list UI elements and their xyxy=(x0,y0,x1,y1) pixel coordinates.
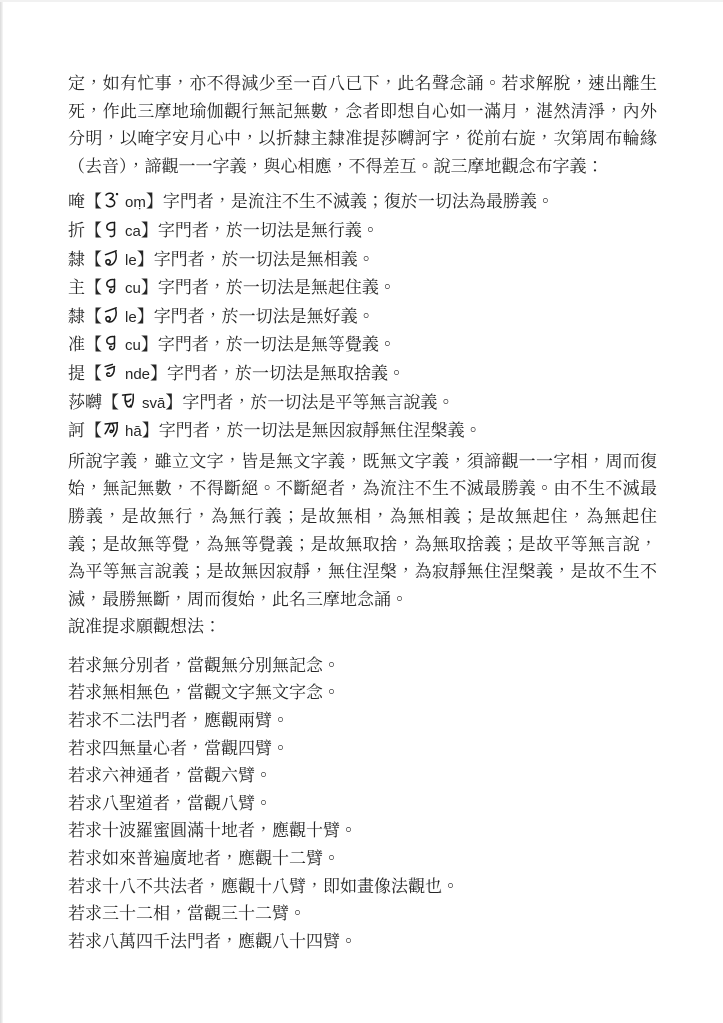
mantra-char: 隸 xyxy=(68,250,85,269)
bracket-open: 【 xyxy=(85,364,102,383)
siddham-cu-icon xyxy=(103,331,120,359)
siddham-le-icon xyxy=(103,246,120,274)
bracket-open: 【 xyxy=(102,393,119,412)
list-item: 若求十八不共法者，應觀十八臂，即如畫像法觀也。 xyxy=(68,873,657,901)
body-text: 定，如有忙事，亦不得減少至一百八已下，此名聲念誦。若求解脫，速出離生 死，作此三… xyxy=(68,70,657,955)
siddham-sva-icon xyxy=(120,389,137,417)
bracket-open: 【 xyxy=(85,421,102,440)
mantra-roman: svā xyxy=(142,395,165,412)
mantra-char: 莎嚩 xyxy=(68,393,102,412)
bracket-open: 【 xyxy=(85,335,102,354)
list-item: 若求八萬四千法門者，應觀八十四臂。 xyxy=(68,928,657,956)
mantra-meaning: 字門者，於一切法是無等覺義。 xyxy=(158,335,396,354)
mantra-meaning: 字門者，於一切法是無好義。 xyxy=(154,307,375,326)
mantra-char: 准 xyxy=(68,335,85,354)
mantra-roman: cu xyxy=(125,337,141,354)
bracket-close: 】 xyxy=(150,364,167,383)
bracket-close: 】 xyxy=(142,421,159,440)
text-line: 滅，最勝無斷，周而復始，此名三摩地念誦。 xyxy=(68,586,657,614)
mantra-meaning: 字門者，於一切法是平等無言說義。 xyxy=(182,393,454,412)
mantra-line-om: 唵【oṃ】字門者，是流注不生不滅義；復於一切法為最勝義。 xyxy=(68,188,657,217)
siddham-ha-icon xyxy=(103,417,120,445)
bracket-close: 】 xyxy=(141,278,158,297)
paragraph-intro: 定，如有忙事，亦不得減少至一百八已下，此名聲念誦。若求解脫，速出離生 死，作此三… xyxy=(68,70,657,180)
mantra-roman: hā xyxy=(125,423,142,440)
section-heading: 說准提求願觀想法： xyxy=(68,613,657,641)
page-edge-shadow xyxy=(0,0,3,1023)
mantra-line-ca: 折【ca】字門者，於一切法是無行義。 xyxy=(68,217,657,246)
text-line: 勝義，是故無行，為無行義；是故無相，為無相義；是故無起住，為無起住 xyxy=(68,503,657,531)
text-line: （去音），諦觀一一字義，與心相應，不得差互。說三摩地觀念布字義： xyxy=(68,153,657,181)
text-line: 分明，以唵字安月心中，以折隸主隸准提莎嚩訶字，從前右旋，次第周布輪緣 xyxy=(68,125,657,153)
siddham-om-icon xyxy=(103,188,120,216)
text-line: 為平等無言說義；是故無因寂靜，無住涅槃，為寂靜無住涅槃義，是故不生不 xyxy=(68,558,657,586)
bracket-close: 】 xyxy=(146,192,163,211)
visualization-list: 若求無分別者，當觀無分別無記念。 若求無相無色，當觀文字無文字念。 若求不二法門… xyxy=(68,652,657,956)
mantra-char: 訶 xyxy=(68,421,85,440)
page-top-edge xyxy=(0,0,723,2)
list-item: 若求八聖道者，當觀八臂。 xyxy=(68,790,657,818)
siddham-ca-icon xyxy=(103,217,120,245)
bracket-open: 【 xyxy=(85,307,102,326)
mantra-char: 唵 xyxy=(68,192,85,211)
mantra-char: 折 xyxy=(68,221,85,240)
list-item: 若求不二法門者，應觀兩臂。 xyxy=(68,707,657,735)
paragraph-explanation: 所說字義，雖立文字，皆是無文字義，既無文字義，須諦觀一一字相，周而復 始，無記無… xyxy=(68,448,657,614)
list-item: 若求三十二相，當觀三十二臂。 xyxy=(68,900,657,928)
mantra-meaning: 字門者，於一切法是無相義。 xyxy=(154,250,375,269)
mantra-line-le: 隸【le】字門者，於一切法是無相義。 xyxy=(68,246,657,275)
heading-text: 說准提求願觀想法： xyxy=(68,613,657,641)
mantra-char: 提 xyxy=(68,364,85,383)
text-line: 所說字義，雖立文字，皆是無文字義，既無文字義，須諦觀一一字相，周而復 xyxy=(68,448,657,476)
siddham-le-icon xyxy=(103,303,120,331)
text-line: 死，作此三摩地瑜伽觀行無記無數，念者即想自心如一滿月，湛然清淨，內外 xyxy=(68,98,657,126)
list-item: 若求無相無色，當觀文字無文字念。 xyxy=(68,679,657,707)
document-page: 定，如有忙事，亦不得減少至一百八已下，此名聲念誦。若求解脫，速出離生 死，作此三… xyxy=(0,0,723,1023)
text-line: 義；是故無等覺，為無等覺義；是故無取捨，為無取捨義；是故平等無言說， xyxy=(68,531,657,559)
bracket-open: 【 xyxy=(85,278,102,297)
mantra-line-cu2: 准【cu】字門者，於一切法是無等覺義。 xyxy=(68,331,657,360)
mantra-roman: oṃ xyxy=(125,194,146,211)
mantra-roman: cu xyxy=(125,280,141,297)
mantra-roman: le xyxy=(125,309,137,326)
bracket-open: 【 xyxy=(85,221,102,240)
mantra-line-cu: 主【cu】字門者，於一切法是無起住義。 xyxy=(68,274,657,303)
mantra-meaning: 字門者，於一切法是無起住義。 xyxy=(158,278,396,297)
bracket-close: 】 xyxy=(165,393,182,412)
list-item: 若求十波羅蜜圓滿十地者，應觀十臂。 xyxy=(68,817,657,845)
mantra-line-ha: 訶【hā】字門者，於一切法是無因寂靜無住涅槃義。 xyxy=(68,417,657,446)
mantra-roman: le xyxy=(125,252,137,269)
mantra-line-sva: 莎嚩【svā】字門者，於一切法是平等無言說義。 xyxy=(68,389,657,418)
bracket-close: 】 xyxy=(137,250,154,269)
text-line: 始，無記無數，不得斷絕。不斷絕者，為流注不生不滅最勝義。由不生不滅最 xyxy=(68,475,657,503)
text-line: 定，如有忙事，亦不得減少至一百八已下，此名聲念誦。若求解脫，速出離生 xyxy=(68,70,657,98)
mantra-meaning: 字門者，是流注不生不滅義；復於一切法為最勝義。 xyxy=(163,192,554,211)
mantra-char: 主 xyxy=(68,278,85,297)
mantra-roman: nde xyxy=(125,366,150,383)
mantra-roman: ca xyxy=(125,223,141,240)
mantra-meaning: 字門者，於一切法是無因寂靜無住涅槃義。 xyxy=(159,421,482,440)
list-item: 若求六神通者，當觀六臂。 xyxy=(68,762,657,790)
bracket-close: 】 xyxy=(141,221,158,240)
mantra-line-le2: 隸【le】字門者，於一切法是無好義。 xyxy=(68,303,657,332)
mantra-syllable-list: 唵【oṃ】字門者，是流注不生不滅義；復於一切法為最勝義。 折【ca】字門者，於一… xyxy=(68,188,657,445)
siddham-nde-icon xyxy=(103,360,120,388)
bracket-close: 】 xyxy=(141,335,158,354)
mantra-meaning: 字門者，於一切法是無行義。 xyxy=(158,221,379,240)
bracket-open: 【 xyxy=(85,192,102,211)
mantra-meaning: 字門者，於一切法是無取捨義。 xyxy=(167,364,405,383)
list-item: 若求如來普遍廣地者，應觀十二臂。 xyxy=(68,845,657,873)
bracket-open: 【 xyxy=(85,250,102,269)
mantra-line-nde: 提【nde】字門者，於一切法是無取捨義。 xyxy=(68,360,657,389)
list-item: 若求四無量心者，當觀四臂。 xyxy=(68,735,657,763)
list-item: 若求無分別者，當觀無分別無記念。 xyxy=(68,652,657,680)
bracket-close: 】 xyxy=(137,307,154,326)
mantra-char: 隸 xyxy=(68,307,85,326)
siddham-cu-icon xyxy=(103,274,120,302)
